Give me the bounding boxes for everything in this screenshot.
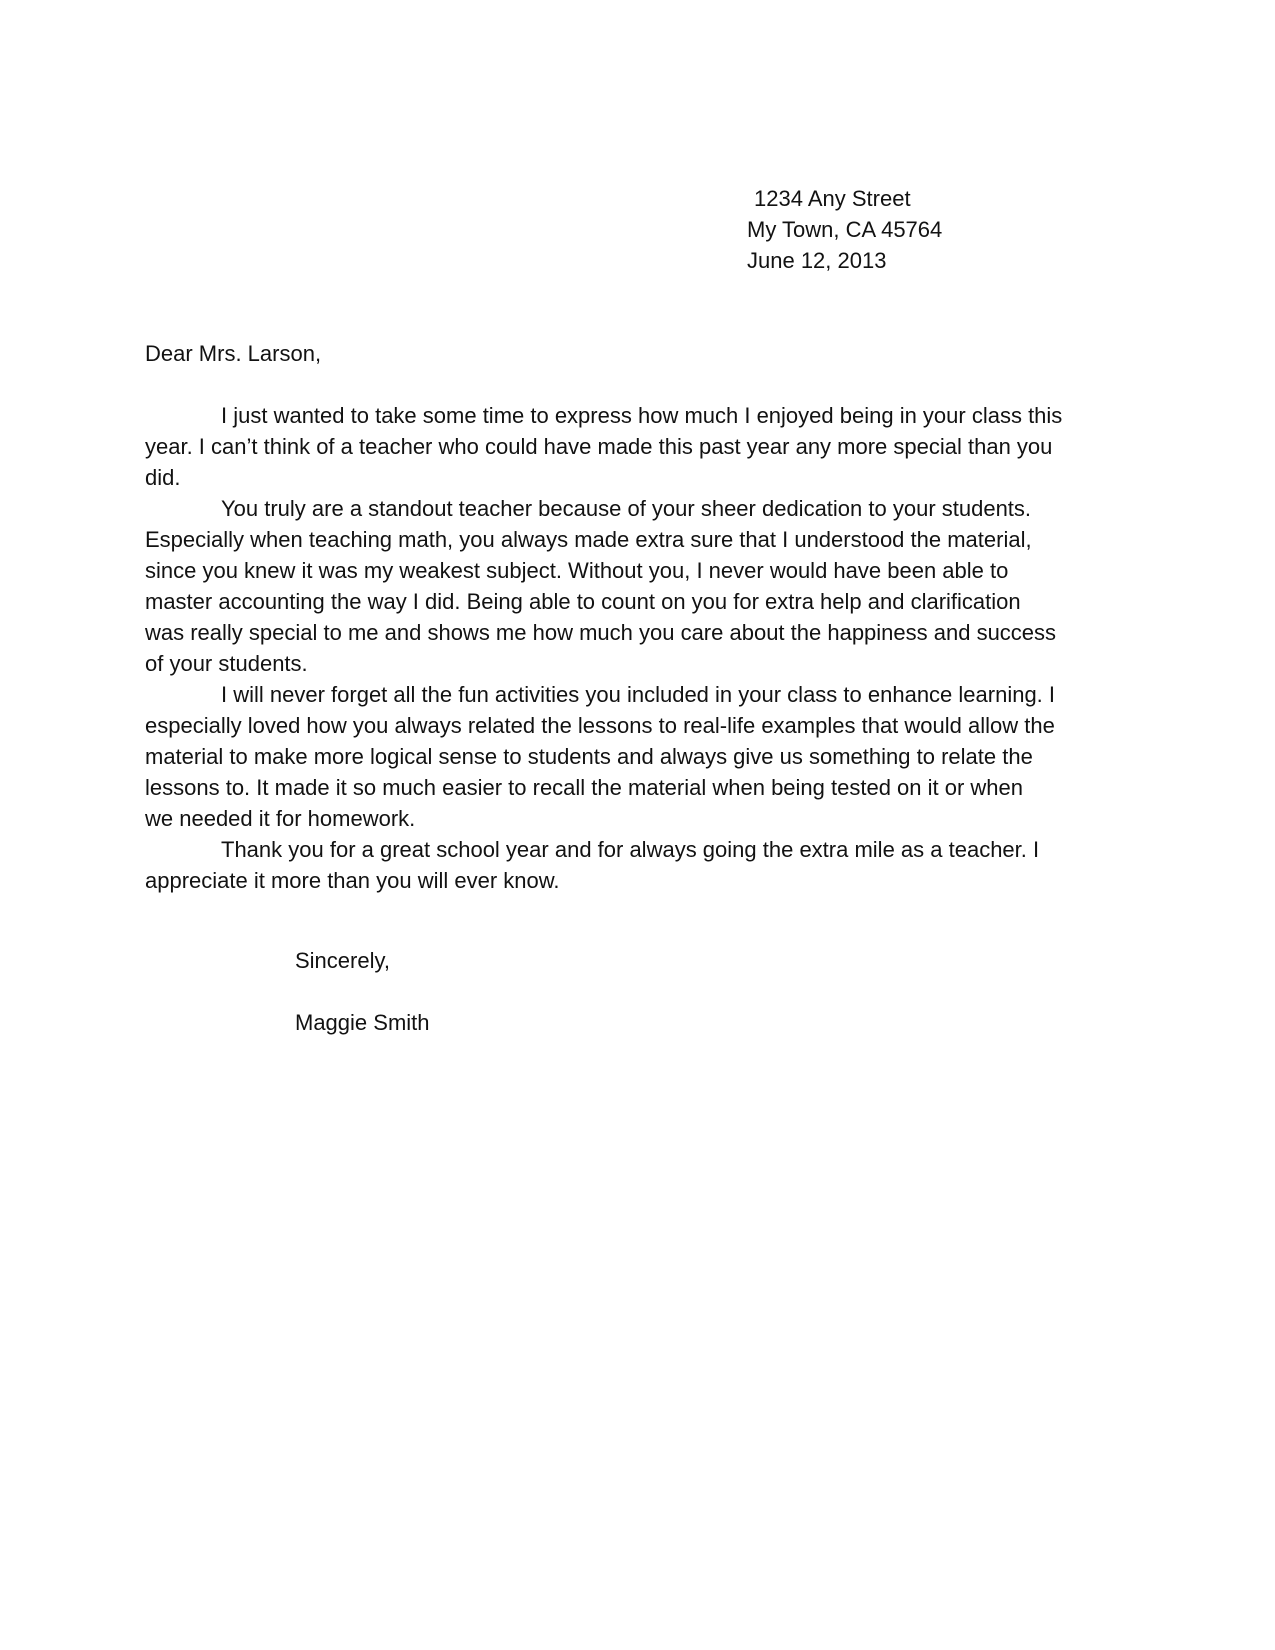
body-line: Thank you for a great school year and fo… — [145, 834, 1205, 865]
letter-page: 1234 Any Street My Town, CA 45764 June 1… — [0, 0, 1275, 1650]
body-line: I just wanted to take some time to expre… — [145, 400, 1205, 431]
body-line: of your students. — [145, 648, 1205, 679]
body-line: year. I can’t think of a teacher who cou… — [145, 431, 1205, 462]
body-line: was really special to me and shows me ho… — [145, 617, 1205, 648]
paragraph-4: Thank you for a great school year and fo… — [145, 834, 1205, 896]
salutation: Dear Mrs. Larson, — [145, 338, 321, 369]
body-line: did. — [145, 462, 1205, 493]
body-line: You truly are a standout teacher because… — [145, 493, 1205, 524]
sender-address-block: 1234 Any Street My Town, CA 45764 June 1… — [747, 183, 942, 276]
sender-city-line: My Town, CA 45764 — [747, 214, 942, 245]
body-line: I will never forget all the fun activiti… — [145, 679, 1205, 710]
body-line: we needed it for homework. — [145, 803, 1205, 834]
body-line: especially loved how you always related … — [145, 710, 1205, 741]
signature-name: Maggie Smith — [295, 1007, 430, 1038]
closing-block: Sincerely, Maggie Smith — [295, 945, 430, 1038]
valediction: Sincerely, — [295, 945, 430, 976]
body-line: master accounting the way I did. Being a… — [145, 586, 1205, 617]
paragraph-2: You truly are a standout teacher because… — [145, 493, 1205, 679]
body-line: lessons to. It made it so much easier to… — [145, 772, 1205, 803]
body-line: since you knew it was my weakest subject… — [145, 555, 1205, 586]
body-line: Especially when teaching math, you alway… — [145, 524, 1205, 555]
letter-date: June 12, 2013 — [747, 245, 942, 276]
paragraph-1: I just wanted to take some time to expre… — [145, 400, 1205, 493]
body-line: appreciate it more than you will ever kn… — [145, 865, 1205, 896]
body-line: material to make more logical sense to s… — [145, 741, 1205, 772]
paragraph-3: I will never forget all the fun activiti… — [145, 679, 1205, 834]
letter-body: I just wanted to take some time to expre… — [145, 400, 1205, 896]
sender-street-line: 1234 Any Street — [747, 183, 942, 214]
